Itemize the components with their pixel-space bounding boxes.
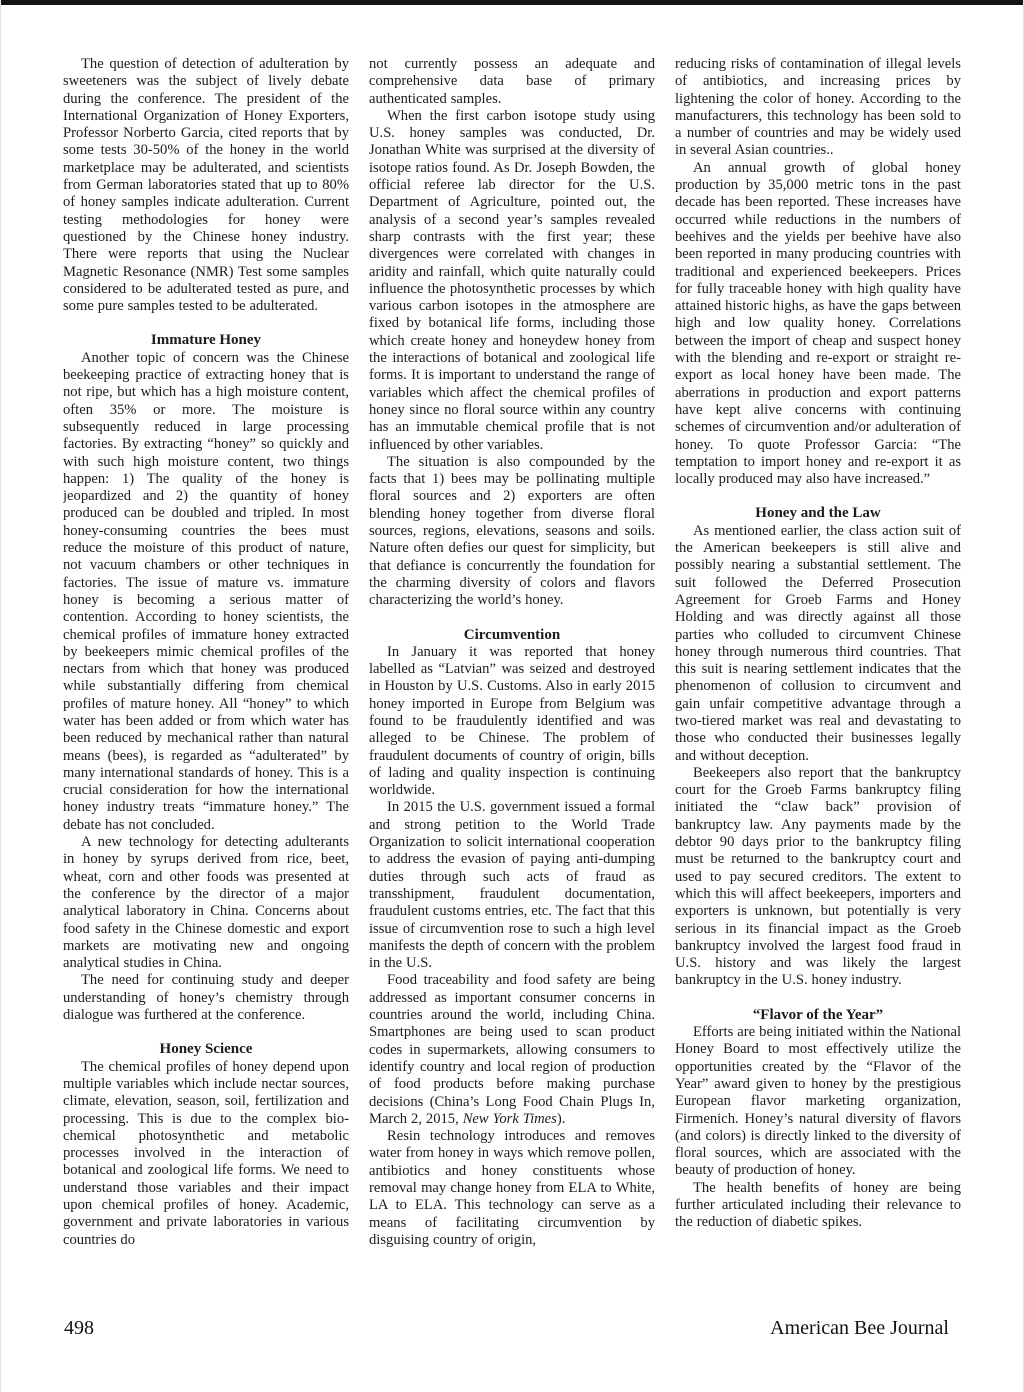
- text-run: Food traceability and food safety are be…: [369, 972, 655, 1126]
- text-run: Another topic of concern was the Chinese…: [63, 350, 349, 833]
- italic-text-run: New York Times: [463, 1111, 557, 1127]
- paragraph: Food traceability and food safety are be…: [369, 972, 655, 1128]
- paragraph: In January it was reported that honey la…: [369, 644, 655, 800]
- text-run: The chemical profiles of honey depend up…: [63, 1059, 349, 1248]
- paragraph: When the first carbon isotope study usin…: [369, 108, 655, 454]
- text-run: Circumvention: [464, 627, 560, 643]
- paragraph: not currently possess an adequate and co…: [369, 56, 655, 108]
- text-run: The question of detection of adulteratio…: [63, 56, 349, 314]
- paragraph: Beekeepers also report that the bankrupt…: [675, 765, 961, 990]
- text-run: In 2015 the U.S. government issued a for…: [369, 799, 655, 971]
- text-run: When the first carbon isotope study usin…: [369, 108, 655, 453]
- article-columns: The question of detection of adulteratio…: [63, 56, 961, 1312]
- text-run: not currently possess an adequate and co…: [369, 56, 655, 107]
- text-run: Honey Science: [160, 1041, 253, 1057]
- paragraph: Another topic of concern was the Chinese…: [63, 350, 349, 834]
- text-run: Beekeepers also report that the bankrupt…: [675, 765, 961, 989]
- text-run: The situation is also compounded by the …: [369, 454, 655, 608]
- paragraph: The situation is also compounded by the …: [369, 454, 655, 610]
- paragraph: The question of detection of adulteratio…: [63, 56, 349, 315]
- text-run: The health benefits of honey are being f…: [675, 1180, 961, 1231]
- text-run: Resin technology introduces and removes …: [369, 1128, 655, 1248]
- section-heading: Circumvention: [369, 627, 655, 644]
- paragraph: Efforts are being initiated within the N…: [675, 1024, 961, 1180]
- paragraph: An annual growth of global honey product…: [675, 160, 961, 489]
- section-heading: Honey and the Law: [675, 505, 961, 522]
- journal-page: The question of detection of adulteratio…: [0, 0, 1024, 1392]
- text-run: An annual growth of global honey product…: [675, 160, 961, 487]
- text-column-2: not currently possess an adequate and co…: [369, 56, 655, 1312]
- paragraph: As mentioned earlier, the class action s…: [675, 523, 961, 765]
- paragraph: The chemical profiles of honey depend up…: [63, 1059, 349, 1249]
- text-run: The need for continuing study and deeper…: [63, 972, 349, 1023]
- section-heading: “Flavor of the Year”: [675, 1007, 961, 1024]
- text-run: Honey and the Law: [755, 505, 880, 521]
- text-run: A new technology for detecting adulteran…: [63, 834, 349, 971]
- page-footer: 498 American Bee Journal: [64, 1316, 949, 1340]
- paragraph: A new technology for detecting adulteran…: [63, 834, 349, 972]
- top-border-rule: [1, 0, 1023, 5]
- paragraph: Resin technology introduces and removes …: [369, 1128, 655, 1249]
- paragraph: The health benefits of honey are being f…: [675, 1180, 961, 1232]
- paragraph: The need for continuing study and deeper…: [63, 972, 349, 1024]
- text-run: As mentioned earlier, the class action s…: [675, 523, 961, 764]
- text-run: “Flavor of the Year”: [753, 1007, 883, 1023]
- text-run: reducing risks of contamination of illeg…: [675, 56, 961, 158]
- page-number: 498: [64, 1316, 94, 1340]
- text-run: Immature Honey: [151, 332, 261, 348]
- text-run: In January it was reported that honey la…: [369, 644, 655, 798]
- paragraph: In 2015 the U.S. government issued a for…: [369, 799, 655, 972]
- section-heading: Immature Honey: [63, 332, 349, 349]
- section-heading: Honey Science: [63, 1041, 349, 1058]
- journal-title: American Bee Journal: [770, 1316, 949, 1340]
- text-column-1: The question of detection of adulteratio…: [63, 56, 349, 1312]
- paragraph: reducing risks of contamination of illeg…: [675, 56, 961, 160]
- text-column-3: reducing risks of contamination of illeg…: [675, 56, 961, 1312]
- text-run: Efforts are being initiated within the N…: [675, 1024, 961, 1178]
- text-run: ).: [557, 1111, 566, 1127]
